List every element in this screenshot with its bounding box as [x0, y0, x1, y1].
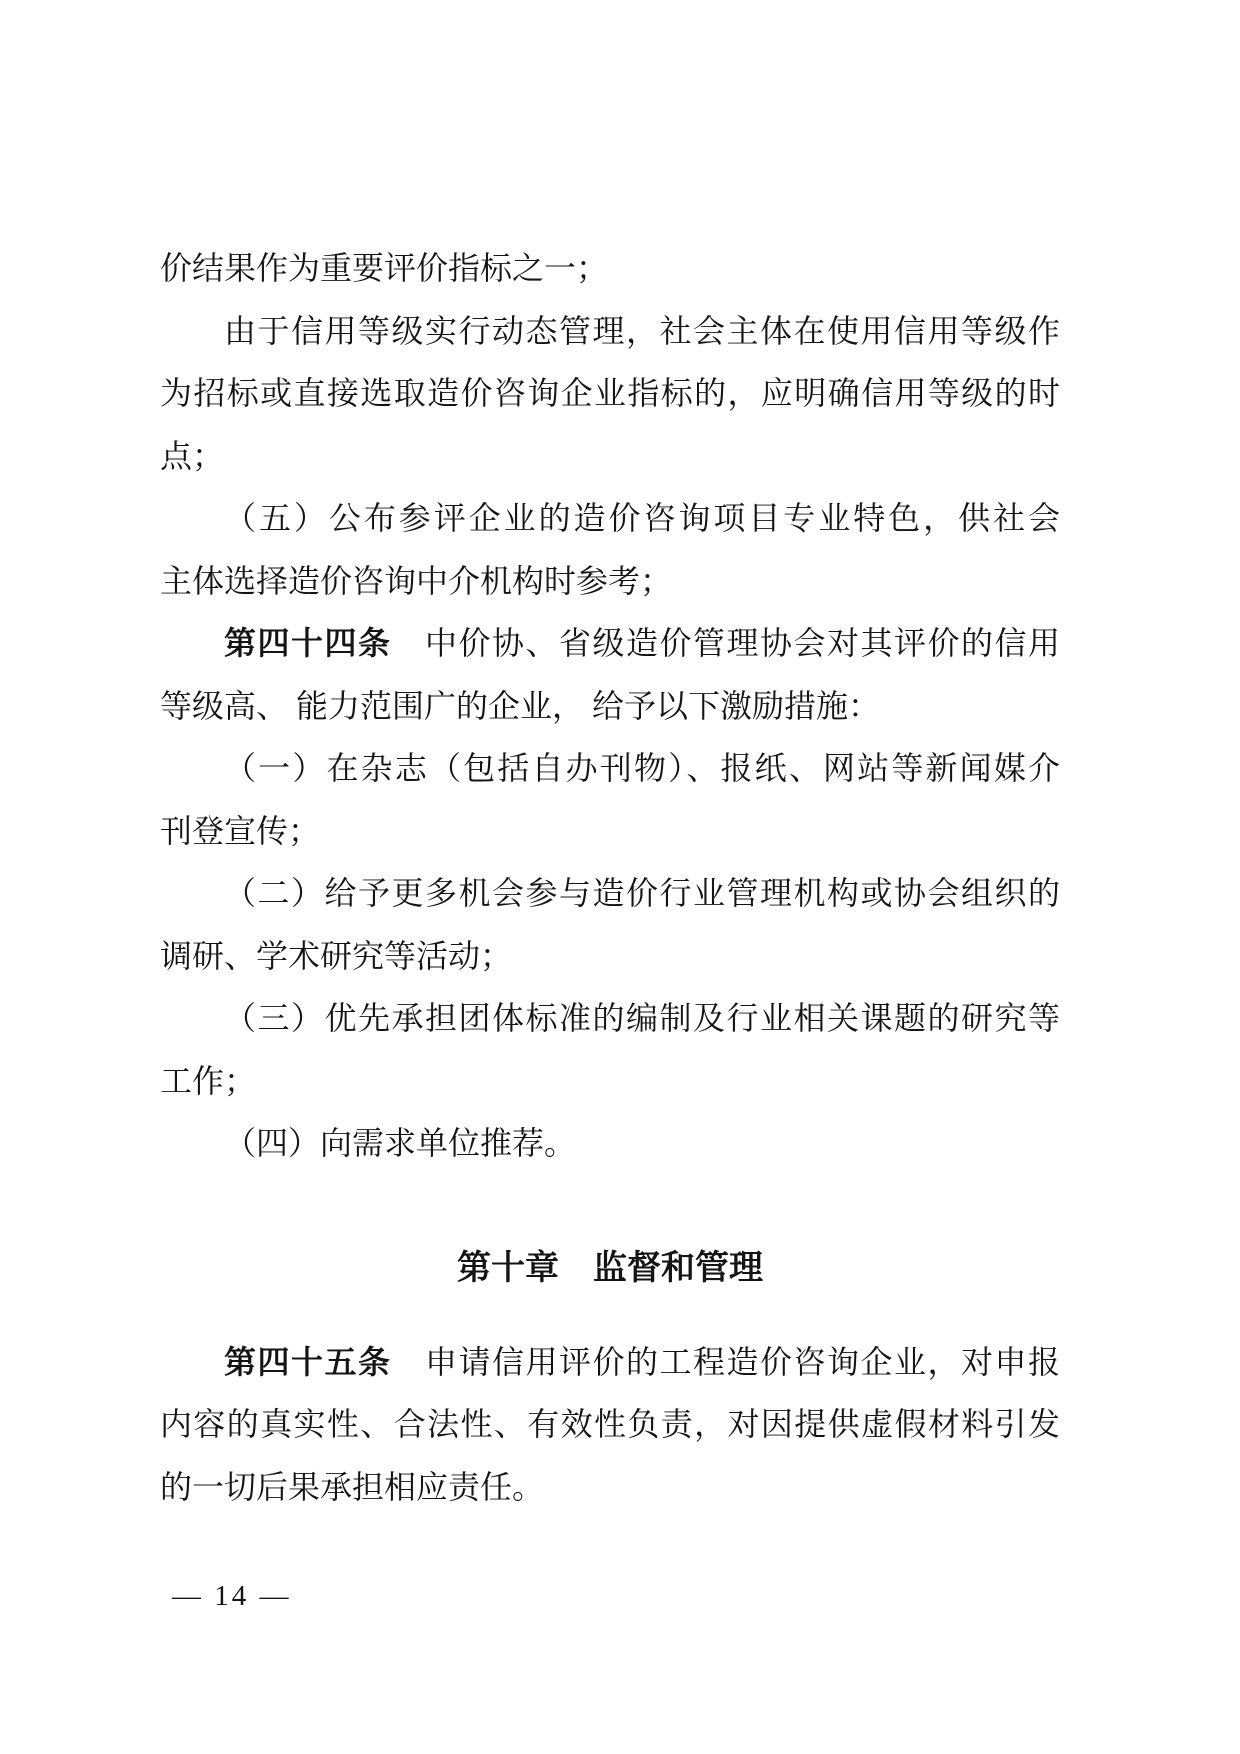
text-line: 的一切后果承担相应责任。	[160, 1456, 1060, 1519]
text-line: 内容的真实性、合法性、有效性负责，对因提供虚假材料引发	[160, 1393, 1060, 1456]
text-line: 为招标或直接选取造价咨询企业指标的，应明确信用等级的时	[160, 362, 1060, 425]
text-line: （三）优先承担团体标准的编制及行业相关课题的研究等	[160, 987, 1060, 1050]
page-number: — 14 —	[172, 1576, 292, 1616]
text-line: 工作；	[160, 1050, 1060, 1113]
document-body: 价结果作为重要评价指标之一；由于信用等级实行动态管理，社会主体在使用信用等级作为…	[160, 237, 1060, 1518]
article-number: 第四十五条	[224, 1344, 392, 1380]
chapter-heading: 第十章 监督和管理	[160, 1237, 1060, 1300]
article-number: 第四十四条	[224, 625, 392, 661]
text-line: 调研、学术研究等活动；	[160, 925, 1060, 988]
half-gap	[160, 1300, 1060, 1331]
text-line: 第四十四条 中价协、省级造价管理协会对其评价的信用	[160, 612, 1060, 675]
text-line: （一）在杂志（包括自办刊物）、报纸、网站等新闻媒介	[160, 737, 1060, 800]
text-line: 刊登宣传；	[160, 800, 1060, 863]
text-line: 主体选择造价咨询中介机构时参考；	[160, 550, 1060, 613]
blank-line	[160, 1175, 1060, 1238]
text-line: （二）给予更多机会参与造价行业管理机构或协会组织的	[160, 862, 1060, 925]
text-line: （四）向需求单位推荐。	[160, 1112, 1060, 1175]
text-line: （五）公布参评企业的造价咨询项目专业特色，供社会	[160, 487, 1060, 550]
text-line: 等级高、 能力范围广的企业， 给予以下激励措施：	[160, 675, 1060, 738]
text-line: 点；	[160, 425, 1060, 488]
text-line: 价结果作为重要评价指标之一；	[160, 237, 1060, 300]
text-line: 由于信用等级实行动态管理，社会主体在使用信用等级作	[160, 300, 1060, 363]
text-line: 第四十五条 申请信用评价的工程造价咨询企业，对申报	[160, 1331, 1060, 1394]
document-page: 价结果作为重要评价指标之一；由于信用等级实行动态管理，社会主体在使用信用等级作为…	[0, 0, 1240, 1754]
